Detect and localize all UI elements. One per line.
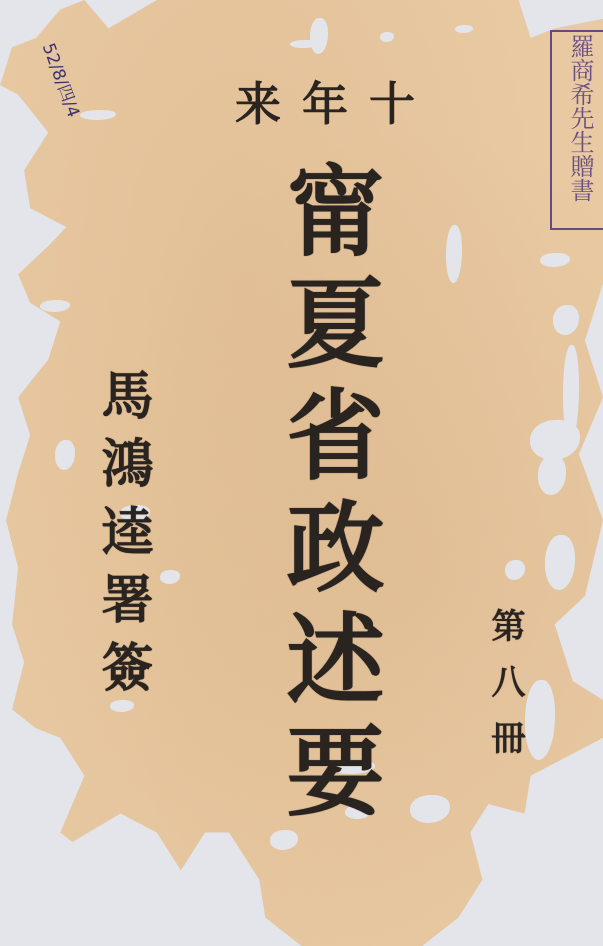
volume-label: 第八冊 bbox=[488, 608, 522, 776]
book-title: 甯夏省政述要 bbox=[278, 160, 376, 832]
donation-stamp: 羅商希先生贈書 bbox=[550, 30, 603, 230]
heading-char: 十 bbox=[369, 68, 415, 134]
heading-char: 年 bbox=[302, 68, 348, 134]
author-inscription: 馬鴻逵署簽 bbox=[96, 368, 148, 708]
document-scan: 52/8/四/4 羅商希先生贈書 十 年 来 甯夏省政述要 馬鴻逵署簽 第八冊 bbox=[0, 0, 603, 946]
heading-ten-years: 十 年 来 bbox=[235, 68, 415, 134]
heading-char: 来 bbox=[235, 68, 281, 134]
